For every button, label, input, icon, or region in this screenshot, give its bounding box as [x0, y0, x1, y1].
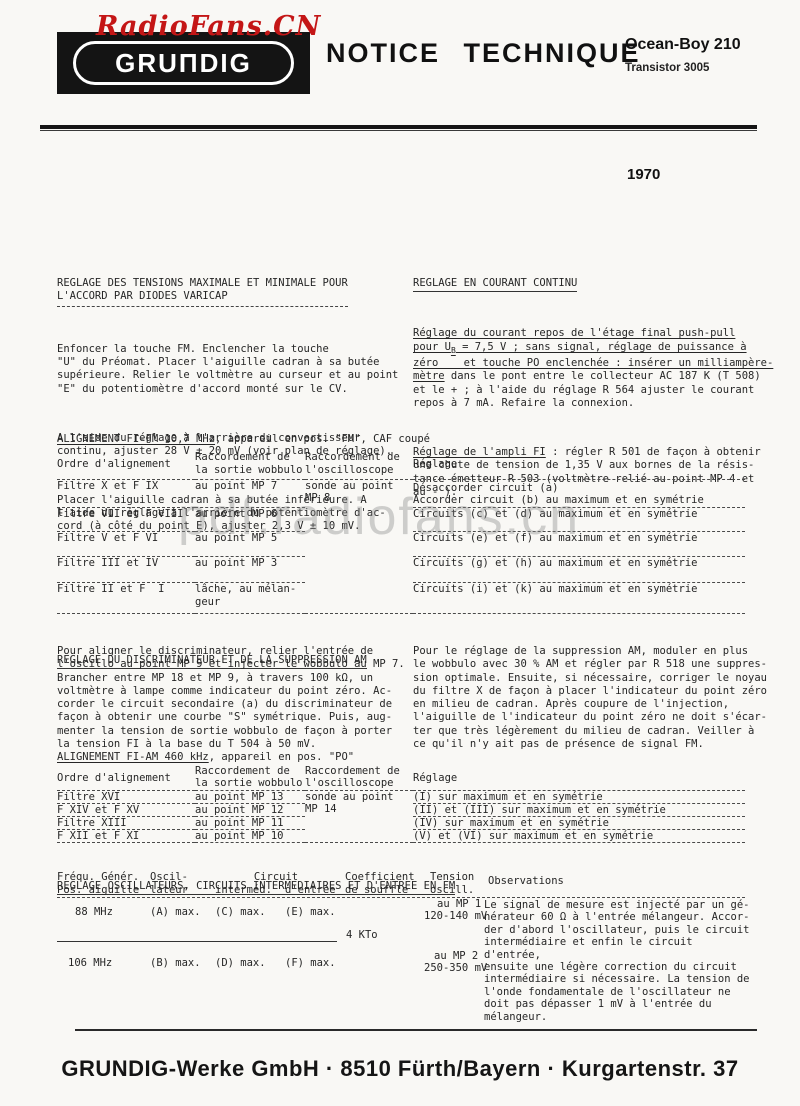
- cell-ordre: F XIV et F XV: [57, 803, 195, 816]
- cell-wobbulo: au point MP 6: [195, 508, 305, 532]
- header-rule: [40, 125, 757, 129]
- cell-wobbulo: au point MP 11: [195, 816, 305, 829]
- cell-ordre: Filtre XIII: [57, 816, 195, 829]
- cell-oscilloscope: sonde au point MP 14: [305, 790, 413, 842]
- footer-rule: [75, 1029, 757, 1031]
- dc-paragraph-1: Réglage du courant repos de l'étage fina…: [413, 327, 781, 410]
- col-header-reglage: Réglage: [413, 451, 745, 479]
- cell-reglage: Circuits (c) et (d) au maximum et en sym…: [413, 508, 745, 532]
- footer-text: GRUNDIG-Werke GmbH · 8510 Fürth/Bayern ·…: [0, 1056, 800, 1082]
- fm-alignment-table: Ordre d'alignement Raccordement de la so…: [57, 451, 745, 614]
- fm-caption-underlined: ALIGNEMENT FI-FM 10,7 MHz: [57, 433, 215, 445]
- osc-col-header-observations: Observations: [488, 875, 564, 888]
- cell-ordre: Filtre III et IV: [57, 557, 195, 583]
- cell-oscilloscope: sonde au point MP 8: [305, 479, 413, 614]
- cell-reglage: (I) sur maximum et en symétrie: [413, 790, 745, 803]
- cell-wobbulo: au point MP 10: [195, 829, 305, 842]
- osc-r2-osc: (B) max.: [150, 957, 201, 970]
- watermark-radiofans: RadioFans.CN: [96, 11, 321, 42]
- col-header-oscilloscope: Raccordement de l'oscilloscope: [305, 451, 413, 479]
- cell-ordre: Filtre X et F IX: [57, 479, 195, 508]
- cell-reglage: Circuits (e) et (f) au maximum et en sym…: [413, 532, 745, 557]
- osc-r2-entree: (F) max.: [285, 957, 336, 970]
- osc-coefficient-value: 4 KTo: [346, 929, 378, 942]
- am-alignment-caption: ALIGNEMENT FI-AM 460 kHz, appareil en po…: [57, 751, 354, 764]
- cell-reglage: Désaccorder circuit (a) Accorder circuit…: [413, 479, 745, 508]
- osc-mid-rule: [57, 941, 337, 942]
- cell-wobbulo: au point MP 13: [195, 790, 305, 803]
- cell-wobbulo: au point MP 7: [195, 479, 305, 508]
- varicap-section-title: REGLAGE DES TENSIONS MAXIMALE ET MINIMAL…: [57, 277, 348, 308]
- discriminator-paragraph-right: Pour le réglage de la suppression AM, mo…: [413, 645, 783, 751]
- document-page: RadioFans.CN GRUПDIG NOTICE TECHNIQUE Oc…: [0, 0, 800, 1106]
- cell-reglage: (V) et (VI) sur maximum et en symétrie: [413, 829, 745, 842]
- cell-ordre: F XII et F XI: [57, 829, 195, 842]
- fm-alignment-caption: ALIGNEMENT FI-FM 10,7 MHz, appareil en p…: [57, 433, 430, 446]
- cell-ordre: Filtre II et F I: [57, 583, 195, 614]
- col-header-wobbulo: Raccordement de la sortie wobbulo: [195, 451, 305, 479]
- table-row: Filtre XVI au point MP 13 sonde au point…: [57, 790, 745, 803]
- osc-header-rule: [57, 897, 745, 898]
- cell-wobbulo: au point MP 3: [195, 557, 305, 583]
- am-caption-underlined: ALIGNEMENT FI-AM 460 kHz: [57, 751, 209, 763]
- cell-ordre: Filtre V et F VI: [57, 532, 195, 557]
- cell-reglage: Circuits (i) et (k) au maximum et en sym…: [413, 583, 745, 614]
- year: 1970: [627, 166, 660, 183]
- osc-r1-freq: 88 MHz: [75, 906, 113, 919]
- osc-r2-mv: 250-350 mV: [424, 962, 487, 975]
- osc-r1-entree: (E) max.: [285, 906, 336, 919]
- cell-wobbulo: au point MP 12: [195, 803, 305, 816]
- osc-col-header-circuit: Circuit: [215, 871, 337, 884]
- doc-title: NOTICE TECHNIQUE: [326, 38, 641, 69]
- osc-col-header-intermed: interméd.: [215, 884, 272, 897]
- cell-wobbulo: au point MP 5: [195, 532, 305, 557]
- col-header-reglage: Réglage: [413, 765, 745, 790]
- am-alignment-table: Ordre d'alignement Raccordement de la so…: [57, 765, 745, 843]
- osc-col-header-frequence: Fréqu. Génér. Pos. aiguille: [57, 871, 139, 898]
- osc-r1-mv: 120-140 mV: [424, 910, 487, 923]
- discriminator-paragraph-left: Pour aligner le discriminateur, relier l…: [57, 645, 415, 751]
- col-header-ordre: Ordre d'alignement: [57, 765, 195, 790]
- varicap-paragraph-1: Enfoncer la touche FM. Enclencher la tou…: [57, 343, 415, 396]
- osc-observations-text: Le signal de mesure est injecté par un g…: [484, 899, 752, 1023]
- col-header-ordre: Ordre d'alignement: [57, 451, 195, 479]
- cell-reglage: (II) et (III) sur maximum et en symétrie: [413, 803, 745, 816]
- dc-p1-rest: dans le pont entre le collecteur AC 187 …: [413, 370, 761, 409]
- table-header-row: Ordre d'alignement Raccordement de la so…: [57, 765, 745, 790]
- cell-reglage: (IV) sur maximum et en symétrie: [413, 816, 745, 829]
- cell-ordre: Filtre VII et F VIII: [57, 508, 195, 532]
- col-header-oscilloscope: Raccordement de l'oscilloscope: [305, 765, 413, 790]
- table-row: Filtre X et F IX au point MP 7 sonde au …: [57, 479, 745, 508]
- dc-section-title: REGLAGE EN COURANT CONTINU: [413, 277, 577, 292]
- osc-r1-intermed: (C) max.: [215, 906, 266, 919]
- am-caption-rest: , appareil en pos. "PO": [209, 751, 354, 763]
- osc-r2-freq: 106 MHz: [68, 957, 112, 970]
- col-header-wobbulo: Raccordement de la sortie wobbulo: [195, 765, 305, 790]
- model-number: Transistor 3005: [625, 62, 709, 74]
- cell-ordre: Filtre XVI: [57, 790, 195, 803]
- osc-col-header-coefficient: Coefficient de souffle: [345, 871, 415, 898]
- osc-col-header-entree: d'entrée: [285, 884, 336, 897]
- model-name: Ocean-Boy 210: [625, 36, 741, 54]
- osc-col-header-tension: Tension oscill.: [430, 871, 474, 898]
- cell-wobbulo: lâche, au mélan- geur: [195, 583, 305, 614]
- osc-r2-intermed: (D) max.: [215, 957, 266, 970]
- fm-caption-rest: , appareil en pos. "FM", CAF coupé: [215, 433, 430, 445]
- osc-r1-osc: (A) max.: [150, 906, 201, 919]
- cell-reglage: Circuits (g) et (h) au maximum et en sym…: [413, 557, 745, 583]
- grundig-logo-text: GRUПDIG: [115, 48, 252, 79]
- osc-col-header-oscillateur: Oscil- lateur: [150, 871, 188, 898]
- grundig-logo-pill: GRUПDIG: [73, 41, 294, 85]
- table-header-row: Ordre d'alignement Raccordement de la so…: [57, 451, 745, 479]
